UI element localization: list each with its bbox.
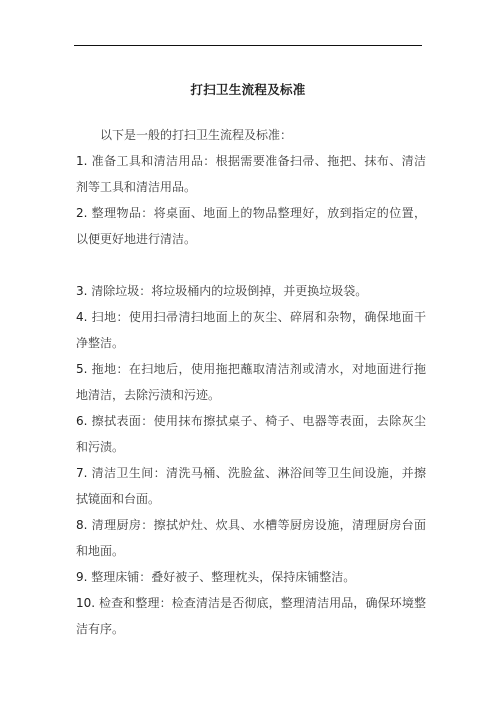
item-text: 清除垃圾：将垃圾桶内的垃圾倒掉，并更换垃圾袋。 (91, 284, 367, 298)
list-item: 5. 拖地：在扫地后，使用拖把蘸取清洁剂或清水，对地面进行拖地清洁，去除污渍和污… (76, 356, 426, 408)
item-text: 清洁卫生间：清洗马桶、洗脸盆、淋浴间等卫生间设施，并擦拭镜面和台面。 (76, 466, 426, 506)
item-text: 拖地：在扫地后，使用拖把蘸取清洁剂或清水，对地面进行拖地清洁，去除污渍和污迹。 (76, 362, 426, 402)
item-text: 整理床铺：叠好被子、整理枕头，保持床铺整洁。 (91, 570, 355, 584)
item-number: 7. (76, 466, 87, 480)
item-number: 5. (76, 362, 87, 376)
intro-paragraph: 以下是一般的打扫卫生流程及标准： (76, 122, 426, 148)
document-page: 打扫卫生流程及标准 以下是一般的打扫卫生流程及标准： 1. 准备工具和清洁用品：… (0, 0, 496, 702)
item-number: 9. (76, 570, 87, 584)
list-item: 8. 清理厨房：擦拭炉灶、炊具、水槽等厨房设施，清理厨房台面和地面。 (76, 512, 426, 564)
list-item: 9. 整理床铺：叠好被子、整理枕头，保持床铺整洁。 (76, 564, 426, 590)
list-item: 4. 扫地：使用扫帚清扫地面上的灰尘、碎屑和杂物，确保地面干净整洁。 (76, 304, 426, 356)
item-text: 整理物品：将桌面、地面上的物品整理好，放到指定的位置，以便更好地进行清洁。 (76, 206, 426, 246)
document-body: 以下是一般的打扫卫生流程及标准： 1. 准备工具和清洁用品：根据需要准备扫帚、拖… (76, 122, 426, 642)
list-item: 10. 检查和整理：检查清洁是否彻底，整理清洁用品，确保环境整洁有序。 (76, 590, 426, 642)
list-item: 3. 清除垃圾：将垃圾桶内的垃圾倒掉，并更换垃圾袋。 (76, 278, 426, 304)
item-number: 1. (76, 154, 87, 168)
item-number: 3. (76, 284, 87, 298)
item-text: 扫地：使用扫帚清扫地面上的灰尘、碎屑和杂物，确保地面干净整洁。 (76, 310, 426, 350)
item-text: 准备工具和清洁用品：根据需要准备扫帚、拖把、抹布、清洁剂等工具和清洁用品。 (76, 154, 426, 194)
item-number: 4. (76, 310, 87, 324)
document-title: 打扫卫生流程及标准 (0, 80, 496, 98)
item-text: 清理厨房：擦拭炉灶、炊具、水槽等厨房设施，清理厨房台面和地面。 (76, 518, 426, 558)
list-item: 7. 清洁卫生间：清洗马桶、洗脸盆、淋浴间等卫生间设施，并擦拭镜面和台面。 (76, 460, 426, 512)
list-item: 1. 准备工具和清洁用品：根据需要准备扫帚、拖把、抹布、清洁剂等工具和清洁用品。 (76, 148, 426, 200)
list-item: 2. 整理物品：将桌面、地面上的物品整理好，放到指定的位置，以便更好地进行清洁。 (76, 200, 426, 252)
header-rule (74, 45, 422, 46)
item-number: 8. (76, 518, 87, 532)
item-number: 6. (76, 414, 87, 428)
item-number: 10. (76, 596, 95, 610)
item-text: 检查和整理：检查清洁是否彻底，整理清洁用品，确保环境整洁有序。 (76, 596, 426, 636)
item-number: 2. (76, 206, 87, 220)
item-text: 擦拭表面：使用抹布擦拭桌子、椅子、电器等表面，去除灰尘和污渍。 (76, 414, 426, 454)
list-item: 6. 擦拭表面：使用抹布擦拭桌子、椅子、电器等表面，去除灰尘和污渍。 (76, 408, 426, 460)
